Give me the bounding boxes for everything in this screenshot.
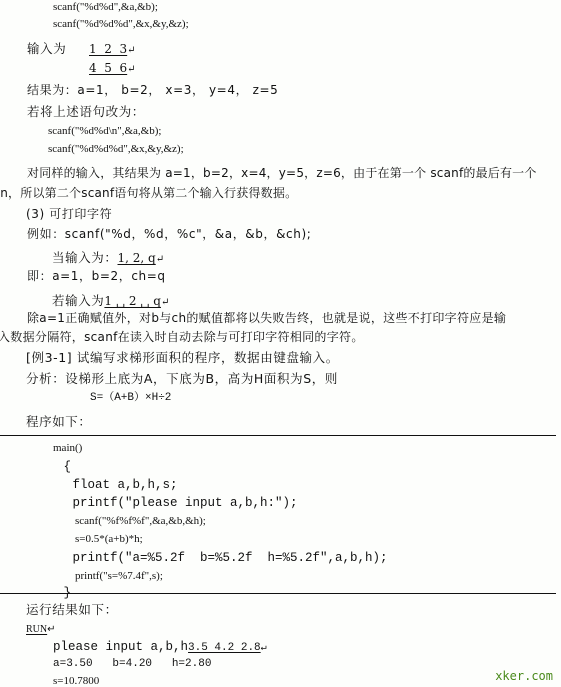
input-values-2: 4 5 6 bbox=[89, 61, 127, 75]
program-line-6: s=0.5*(a+b)*h; bbox=[75, 534, 143, 545]
explanation-line-1: 对同样的输入，其结果为 a=1，b=2，x=4，y=5，z=6，由于在第一个 s… bbox=[27, 167, 537, 179]
program-line-5: scanf("%f%f%f",&a,&b,&h); bbox=[75, 516, 206, 527]
program-line-4: printf("please input a,b,h:"); bbox=[50, 497, 298, 510]
changed-code-line-1: scanf("%d%d\n",&a,&b); bbox=[48, 126, 161, 137]
when-input-line: 当输入为：1, 2, q↵ bbox=[52, 249, 164, 265]
run-output-line-2: s=10.7800 bbox=[53, 676, 99, 687]
note-line-1: 除a=1正确赋值外，对b与ch的赋值都将以失败告终，也就是说，这些不打印字符应是… bbox=[27, 312, 506, 324]
if-input-label: 若输入为 bbox=[52, 293, 104, 308]
divider-top bbox=[0, 435, 556, 436]
program-line-7: printf("a=%5.2f b=%5.2f h=%5.2f",a,b,h); bbox=[50, 552, 388, 565]
run-label: 运行结果如下： bbox=[26, 604, 118, 617]
change-label: 若将上述语句改为： bbox=[27, 106, 145, 119]
code-line-scanf-2: scanf("%d%d%d",&x,&y,&z); bbox=[53, 19, 189, 30]
program-label: 程序如下： bbox=[26, 416, 92, 429]
when-input-value: 1, 2, q bbox=[118, 251, 156, 265]
program-line-2: { bbox=[56, 461, 71, 474]
input-line-1: 1 2 3↵ bbox=[89, 43, 136, 56]
enter-icon: ↵ bbox=[127, 45, 135, 56]
note-line-2: 入数据分隔符，scanf在读入时自动去除与可打印字符相同的字符。 bbox=[0, 331, 364, 343]
run-command-line: RUN↵ bbox=[26, 625, 56, 635]
example-scanf: 例如：scanf("%d，%d，%c"，&a，&b，&ch); bbox=[27, 228, 311, 240]
example-3-1-title: [例3-1] 试编写求梯形面积的程序，数据由键盘输入。 bbox=[26, 352, 339, 365]
enter-icon: ↵ bbox=[156, 254, 164, 265]
run-prompt-line: please input a,b,h3.5 4.2 2.8↵ bbox=[53, 641, 267, 654]
if-input-value: 1 ␣ 2 ␣ q bbox=[104, 294, 161, 308]
divider-bottom bbox=[0, 593, 556, 594]
enter-icon: ↵ bbox=[161, 297, 169, 308]
formula: S=（A+B）×H÷2 bbox=[90, 393, 171, 404]
if-input-line: 若输入为1 ␣ 2 ␣ q↵ bbox=[52, 292, 169, 308]
program-line-1: main() bbox=[53, 443, 82, 454]
input-values-1: 1 2 3 bbox=[89, 42, 127, 56]
code-line-scanf-1: scanf("%d%d",&a,&b); bbox=[53, 2, 158, 13]
watermark: xker.com bbox=[495, 669, 553, 683]
program-line-3: float a,b,h,s; bbox=[50, 479, 178, 492]
run-output-line-1: a=3.50 b=4.20 h=2.80 bbox=[53, 659, 211, 670]
enter-icon: ↵ bbox=[261, 643, 267, 654]
explanation-line-2: \n，所以第二个scanf语句将从第二个输入行获得数据。 bbox=[0, 187, 297, 199]
analysis-text: 分析：设梯形上底为A，下底为B，高为H面积为S，则 bbox=[26, 373, 338, 386]
run-user-input: 3.5 4.2 2.8 bbox=[188, 642, 261, 654]
enter-icon: ↵ bbox=[47, 624, 55, 635]
run-command: RUN bbox=[26, 624, 47, 635]
input-line-2: 4 5 6↵ bbox=[89, 62, 136, 75]
input-label: 输入为 bbox=[27, 43, 66, 56]
section-heading-printable-chars: (3) 可打印字符 bbox=[26, 208, 112, 220]
program-line-8: printf("s=%7.4f",s); bbox=[75, 571, 163, 582]
result-text: 结果为：a=1， b=2， x=3， y=4， z=5 bbox=[27, 84, 278, 96]
changed-code-line-2: scanf("%d%d%d",&x,&y,&z); bbox=[48, 144, 184, 155]
run-prompt: please input a,b,h bbox=[53, 640, 188, 654]
then-result: 即：a=1，b=2，ch=q bbox=[27, 270, 166, 282]
enter-icon: ↵ bbox=[127, 64, 135, 75]
when-input-label: 当输入为： bbox=[52, 250, 118, 265]
